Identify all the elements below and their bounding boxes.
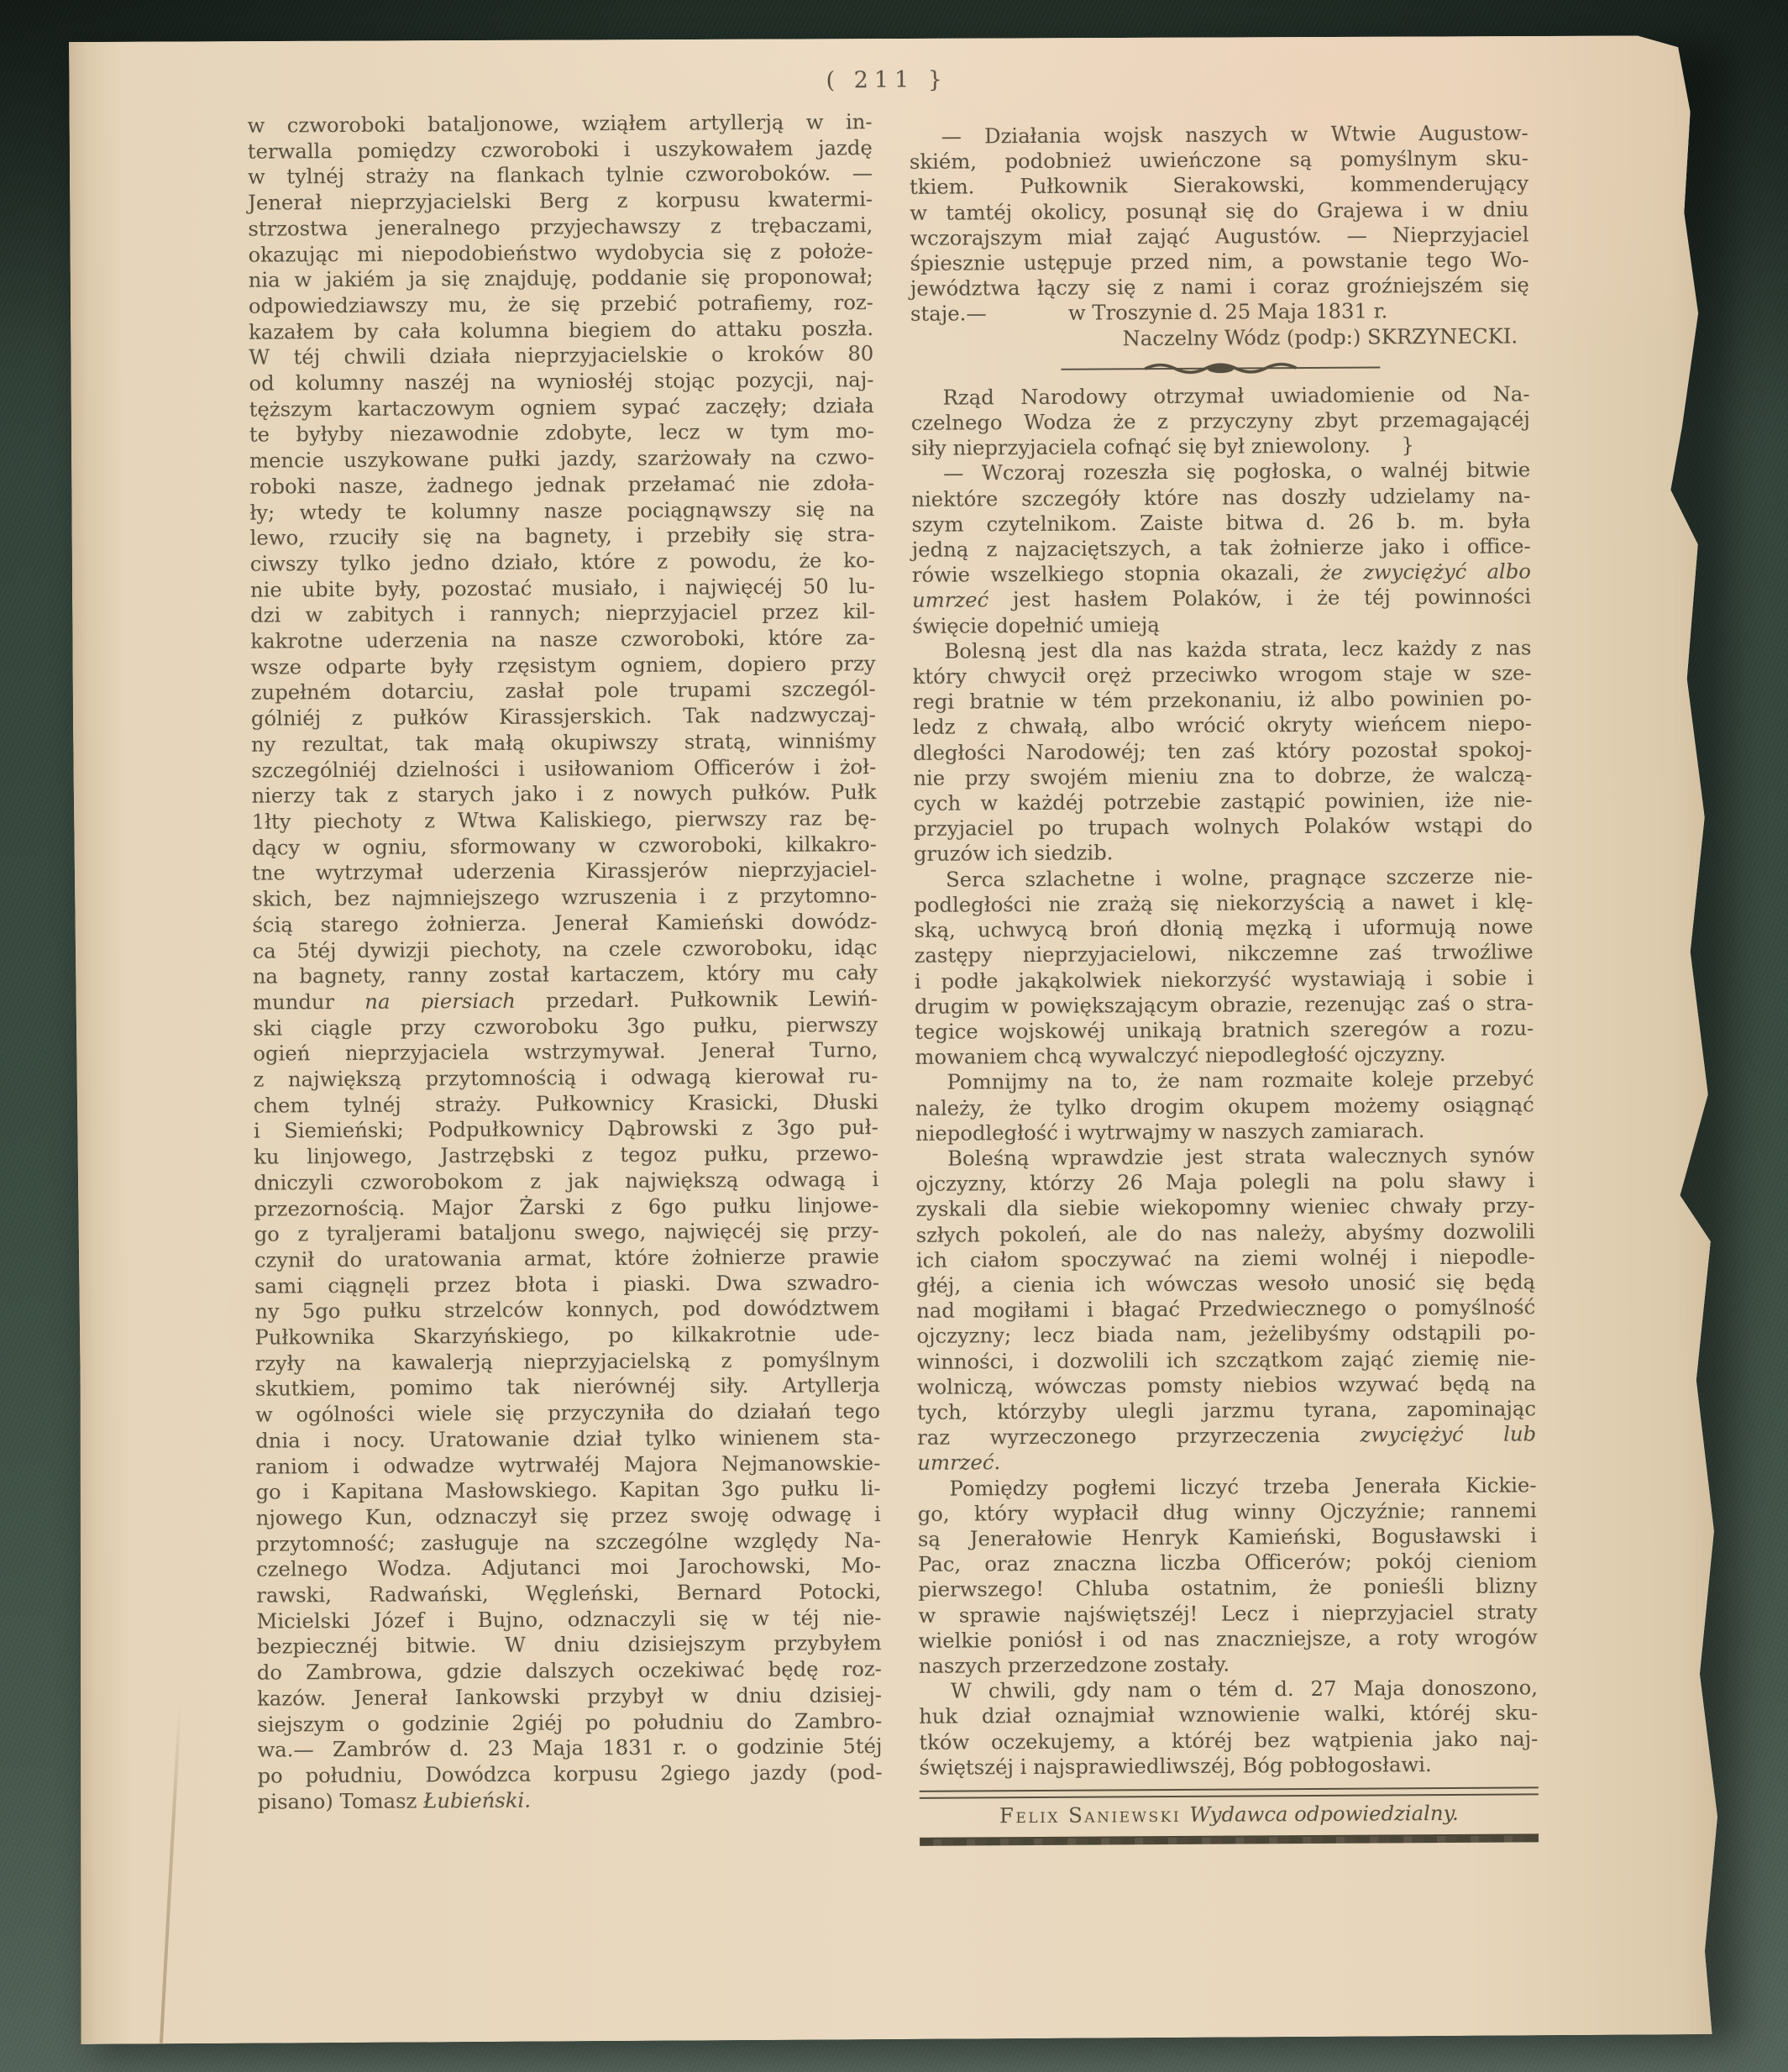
text-line: mundur na piersiach przedarł. Pułkownik … bbox=[253, 986, 878, 1015]
text-line: nia w jakiém ja się znajduję, poddanie s… bbox=[249, 264, 873, 293]
text-line: odpowiedziawszy mu, że się przebić potra… bbox=[249, 290, 873, 319]
text-line: dległości Narodowéj; ten zaś który pozos… bbox=[913, 737, 1532, 766]
text-line: raniom i odwadze wytrwałéj Majora Nejman… bbox=[255, 1450, 880, 1480]
text-line: od kolumny naszéj na wyniosłéj stojąc po… bbox=[249, 367, 873, 396]
text-line: wielkie poniósł i od nas znaczniejsze, a… bbox=[919, 1624, 1538, 1654]
text-line: przyjaciel po trupach wolnych Polaków ws… bbox=[914, 813, 1533, 842]
text-line: lewo, rzuciły się na bagnety, i przebiły… bbox=[250, 522, 875, 551]
text-line: tęższym kartaczowym ogniem sypać zaczęły… bbox=[249, 393, 874, 422]
text-line: Pomnijmy na to, że nam rozmaite koleje p… bbox=[915, 1067, 1534, 1096]
text-line: w tamtéj okolicy, posunął się do Grajewa… bbox=[910, 197, 1528, 226]
text-line: Pac, oraz znaczna liczba Officerów; pokó… bbox=[918, 1549, 1537, 1578]
text-line: w tylnéj straży na flankach tylnie czwor… bbox=[248, 161, 873, 191]
text-line: wa.— Zambrów d. 23 Maja 1831 r. o godzin… bbox=[257, 1734, 882, 1763]
text-line: z największą przytomnością i odwagą kier… bbox=[253, 1063, 878, 1093]
text-line: na bagnety, ranny został kartaczem, któr… bbox=[253, 960, 878, 989]
text-line: ski ciągle przy czworoboku 3go pułku, pi… bbox=[253, 1012, 878, 1041]
text-line: zastępy nieprzyjacielowi, nikczemne zaś … bbox=[915, 940, 1534, 969]
text-line: rzyły na kawalerją nieprzyjacielską z po… bbox=[255, 1347, 880, 1377]
text-line: umrzeć. bbox=[917, 1447, 1536, 1477]
text-line: Boleśną wprawdzie jest strata walecznych… bbox=[915, 1142, 1534, 1172]
text-line: 1łty piechoty z Wtwa Kaliskiego, pierwsz… bbox=[252, 805, 877, 835]
publisher-line: Felix Saniewski Wydawca odpowiedzialny. bbox=[920, 1800, 1539, 1829]
text-line: Jenerał nieprzyjacielski Berg z korpusu … bbox=[248, 186, 873, 216]
text-line: roboki nasze, żadnego jednak przełamać n… bbox=[249, 470, 874, 500]
text-line: wczorajszym miał zająć Augustów. — Niepr… bbox=[910, 222, 1528, 251]
text-line: Micielski Józef i Bujno, odznaczyli się … bbox=[256, 1605, 881, 1634]
text-line: Rząd Narodowy otrzymał uwiadomienie od N… bbox=[911, 381, 1530, 411]
text-line: niepodległość i wytrwajmy w naszych zami… bbox=[915, 1117, 1534, 1146]
text-line: świętszéj i najsprawiedliwszéj, Bóg pobł… bbox=[919, 1751, 1538, 1781]
text-line: do Zambrowa, gdzie dalszych oczekiwać bę… bbox=[257, 1656, 882, 1686]
text-line: W téj chwili działa nieprzyjacielskie o … bbox=[249, 341, 873, 370]
text-line: chem tylnéj straży. Pułkownicy Krasicki,… bbox=[254, 1089, 878, 1119]
text-line: Pomiędzy pogłemi liczyć trzeba Jenerała … bbox=[917, 1472, 1536, 1502]
page-number: ( 211 } bbox=[245, 63, 1528, 97]
text-line: śpiesznie ustępuje przed nim, a powstani… bbox=[910, 247, 1529, 276]
text-line: ca 5téj dywizji piechoty, na czele czwor… bbox=[253, 935, 878, 964]
text-line: ciwszy tylko jedno działo, które z powod… bbox=[250, 548, 875, 577]
newspaper-page: ( 211 } w czworoboki bataljonowe, wziąłe… bbox=[69, 32, 1729, 2044]
left-column-text: w czworoboki bataljonowe, wziąłem artyll… bbox=[248, 109, 883, 1815]
text-line: huk dział oznajmiał wznowienie walki, kt… bbox=[919, 1701, 1538, 1730]
text-line: okazując mi niepodobieństwo wydobycia si… bbox=[248, 239, 873, 268]
text-line: staje.— w Troszynie d. 25 Maja 1831 r. bbox=[910, 298, 1529, 328]
text-line: pierwszego! Chluba ostatnim, że ponieśli… bbox=[918, 1574, 1537, 1603]
text-line: strzostwa jeneralnego przyjechawszy z tr… bbox=[248, 212, 873, 242]
text-line: nad mogiłami i błagać Przedwiecznego o p… bbox=[916, 1295, 1535, 1325]
text-line: zupełném dotarciu, zasłał pole trupami s… bbox=[251, 677, 876, 706]
text-line: czynił do uratowania armat, które żołnie… bbox=[254, 1244, 879, 1273]
text-line: go z tyraljerami bataljonu swego, najwię… bbox=[254, 1218, 879, 1247]
signature-line: Naczelny Wódz (podp:) SKRZYNECKI. bbox=[910, 323, 1529, 353]
text-line: szym czytelnikom. Zaiste bitwa d. 26 b. … bbox=[911, 508, 1530, 538]
text-line: tków oczekujemy, a któréj bez wątpienia … bbox=[919, 1726, 1538, 1755]
text-line: tne wytrzymał uderzenia Kirassjerów niep… bbox=[252, 858, 877, 887]
text-line: niektóre szczegóły które nas doszły udzi… bbox=[911, 483, 1530, 512]
text-line: czelnego Wodza. Adjutanci moi Jarochowsk… bbox=[256, 1554, 881, 1583]
text-line: rawski, Radwański, Węgleński, Bernard Po… bbox=[256, 1579, 881, 1608]
text-line: po południu, Dowódzca korpusu 2giego jaz… bbox=[258, 1760, 883, 1789]
text-line: sami ciągnęli przez błota i piaski. Dwa … bbox=[254, 1270, 879, 1299]
separator-rule bbox=[920, 1786, 1539, 1799]
text-line: kazałem by cała kolumna biegiem do attak… bbox=[249, 316, 873, 345]
text-line: go i Kapitana Masłowskiego. Kapitan 3go … bbox=[255, 1476, 880, 1505]
text-line: w czworoboki bataljonowe, wziąłem artyll… bbox=[248, 109, 873, 139]
text-line: kazów. Jenerał Iankowski przybył w dniu … bbox=[257, 1682, 882, 1712]
text-line: gruzów ich siedzib. bbox=[914, 838, 1533, 868]
text-line: gólniéj z pułków Kirassjerskich. Tak nad… bbox=[251, 702, 876, 732]
text-line: ską, uchwycą broń dłonią męzką i uformuj… bbox=[914, 914, 1533, 943]
text-line: ogień nieprzyjaciela wstrzymywał. Jenera… bbox=[253, 1037, 878, 1067]
text-line: ku linjowego, Jastrzębski z tegoz pułku,… bbox=[254, 1141, 878, 1170]
text-line: ny rezultat, tak małą okupiwszy stratą, … bbox=[251, 728, 876, 758]
text-line: święcie dopełnić umieją bbox=[912, 610, 1531, 639]
text-line: dzi w zabitych i rannych; nieprzyjaciel … bbox=[250, 600, 875, 629]
text-line: Serca szlachetne i wolne, pragnące szcze… bbox=[914, 863, 1533, 893]
text-line: kakrotne uderzenia na nasze czworoboki, … bbox=[250, 625, 875, 654]
text-line: są Jenerałowie Henryk Kamieński, Bogusła… bbox=[918, 1523, 1537, 1552]
text-line: tkiem. Pułkownik Sierakowski, kommenderu… bbox=[910, 171, 1528, 201]
text-line: mowaniem chcą wywalczyć niepodległość oj… bbox=[915, 1041, 1534, 1070]
text-line: ledz z chwałą, albo wrócić okryty wieńce… bbox=[913, 711, 1532, 741]
text-line: szczególniéj dzielności i usiłowaniom Of… bbox=[251, 754, 876, 784]
text-line: naszych przerzedzone zostały. bbox=[919, 1650, 1538, 1679]
text-line: rówie wszelkiego stopnia okazali, że zwy… bbox=[912, 559, 1531, 589]
text-line: dący w ogniu, sformowany w czworoboki, k… bbox=[252, 831, 877, 861]
text-line: bezpiecznéj bitwie. W dniu dzisiejszym p… bbox=[257, 1631, 882, 1660]
text-line: Pułkownika Skarzyńskiego, po kilkakrotni… bbox=[254, 1321, 879, 1351]
text-line: podległości nie zrażą się niekorzyścią a… bbox=[914, 889, 1533, 918]
text-line: szłych pokoleń, ale do nas należy, abyśm… bbox=[916, 1219, 1535, 1248]
text-line: W chwili, gdy nam o tém d. 27 Maja donos… bbox=[919, 1676, 1538, 1705]
text-line: czelnego Wodza że z przyczyny zbyt przem… bbox=[911, 407, 1530, 436]
text-line: Bolesną jest dla nas każda strata, lecz … bbox=[912, 635, 1531, 664]
text-line: ły; wtedy te kolumny nasze pociągnąwszy … bbox=[249, 496, 874, 526]
text-line: regi bratnie w tém przekonaniu, iż albo … bbox=[913, 686, 1532, 716]
text-line: wolniczą, wówczas pomsty niebios wzywać … bbox=[917, 1371, 1536, 1400]
text-line: należy, że tylko drogim okupem możemy os… bbox=[915, 1092, 1534, 1121]
text-line: w ogólności wiele się przyczyniła do dzi… bbox=[255, 1398, 880, 1428]
text-line: ścią starego żołnierza. Jenerał Kamieńsk… bbox=[252, 909, 877, 938]
text-line: te byłyby niezawodnie zdobyte, lecz w ty… bbox=[249, 419, 874, 448]
text-line: winności, i dozwolili ich szczątkom zają… bbox=[917, 1345, 1536, 1375]
ornament-divider-icon bbox=[1052, 355, 1388, 379]
text-line: głéj, a cienia ich wówczas wesoło unosić… bbox=[916, 1269, 1535, 1298]
text-line: umrzeć jest hasłem Polaków, i że téj pow… bbox=[912, 585, 1531, 614]
text-line: ich ciałom spoczywać na ziemi wolnéj i n… bbox=[916, 1244, 1535, 1273]
text-line: ojczyzny; lecz biada nam, jeżelibyśmy od… bbox=[916, 1320, 1535, 1350]
text-line: terwalla pomiędzy czworoboki i uszykował… bbox=[248, 135, 873, 165]
paper-crease bbox=[160, 1704, 181, 2043]
text-line: — Działania wojsk naszych w Wtwie August… bbox=[910, 120, 1528, 149]
text-line: tych, którzyby ulegli jarzmu tyrana, zap… bbox=[917, 1396, 1536, 1425]
text-line: njowego Kun, odznaczył się przez swoję o… bbox=[256, 1502, 881, 1531]
text-line: mencie uszykowane pułki jazdy, szarżował… bbox=[249, 444, 874, 474]
text-line: przytomność; zasługuje na szczególne wzg… bbox=[256, 1528, 881, 1557]
text-line: skiém, podobnież uwieńczone są pomyślnym… bbox=[910, 146, 1528, 176]
text-line: wsze odparte były rzęsistym ogniem, dopi… bbox=[250, 651, 875, 680]
text-line: dnia i nocy. Uratowanie dział tylko wini… bbox=[255, 1424, 880, 1454]
text-line: go, który wypłacił dług winny Ojczyźnie;… bbox=[918, 1498, 1537, 1527]
text-line: nie przy swojém mieniu zna to dobrze, że… bbox=[913, 762, 1532, 791]
text-line: przezornością. Major Żarski z 6go pułku … bbox=[254, 1193, 878, 1222]
text-line: cych w każdéj potrzebie zastąpić powinie… bbox=[913, 787, 1532, 816]
text-line: który chwycił oręż przeciwko wrogom staj… bbox=[913, 660, 1532, 690]
text-line: skich, bez najmniejszego wzruszenia i z … bbox=[252, 883, 877, 912]
text-line: siejszym o godzinie 2giéj po południu do… bbox=[257, 1708, 882, 1738]
text-line: i podłe jakąkolwiek niekorzyść wystawiaj… bbox=[915, 965, 1534, 994]
text-line: w sprawie najświętszéj! Lecz i nieprzyja… bbox=[918, 1599, 1537, 1629]
text-line: dniczyli czworobokom z jak największą od… bbox=[254, 1167, 878, 1196]
text-line: jewództwa łączy się z nami i coraz groźn… bbox=[910, 273, 1529, 302]
text-line: skutkiem, pomimo tak nierównéj siły. Art… bbox=[255, 1373, 880, 1403]
text-line: pisano) Tomasz Łubieński. bbox=[258, 1786, 883, 1815]
separator-rule-heavy bbox=[920, 1834, 1539, 1847]
text-line: i Siemieński; Podpułkownicy Dąbrowski z … bbox=[254, 1115, 878, 1145]
text-line: raz wyrzeczonego przyrzeczenia zwyciężyć… bbox=[917, 1422, 1536, 1451]
text-line: — Wczoraj rozeszła się pogłoska, o walné… bbox=[911, 458, 1530, 487]
text-line: zyskali dla siebie wiekopomny wieniec ch… bbox=[915, 1193, 1534, 1223]
photo-background: { "page": { "header": "( 211 }", "backgr… bbox=[0, 0, 1788, 2072]
text-line: nierzy tak z starych jako i z nowych puł… bbox=[251, 779, 876, 809]
text-line: siły nieprzyjaciela cofnąć się był zniew… bbox=[911, 433, 1530, 462]
text-line: tegice wojskowéj unikają bratnich szereg… bbox=[915, 1015, 1534, 1045]
text-line: ny 5go pułku strzelców konnych, pod dowó… bbox=[254, 1295, 879, 1325]
right-column-text: — Działania wojsk naszych w Wtwie August… bbox=[910, 120, 1539, 1846]
text-line: nie ubite były, pozostać musiało, i najw… bbox=[250, 574, 875, 603]
text-line: drugim w powiększającym obrazie, rezenuj… bbox=[915, 990, 1534, 1020]
text-line: ojczyzny, którzy 26 Maja polegli na polu… bbox=[915, 1167, 1534, 1197]
text-line: jedną z najzaciętszych, a tak żołnierze … bbox=[912, 533, 1531, 563]
